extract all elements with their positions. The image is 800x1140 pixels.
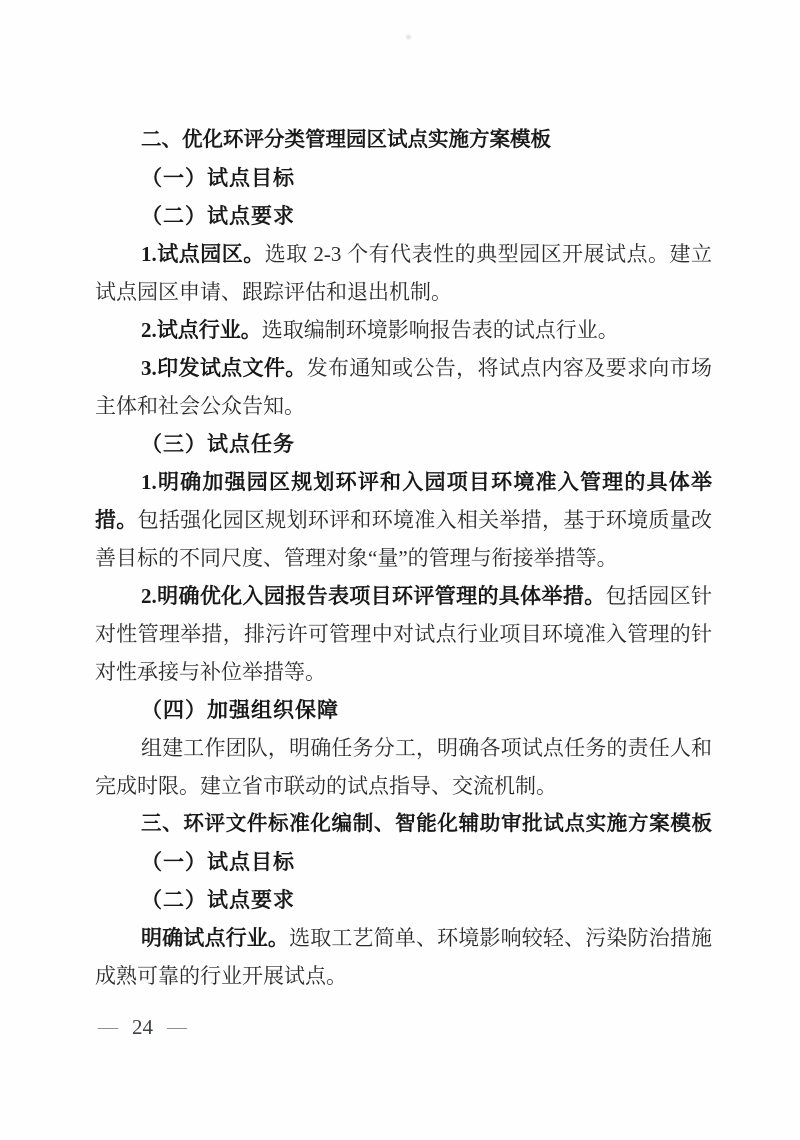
text-line: （一）试点目标 bbox=[95, 159, 712, 197]
text-run-bold: 3.印发试点文件。 bbox=[141, 356, 307, 380]
text-line: 2.试点行业。选取编制环境影响报告表的试点行业。 bbox=[95, 311, 712, 349]
text-run: 成熟可靠的行业开展试点。 bbox=[95, 964, 347, 988]
text-run: 包括园区针 bbox=[606, 584, 712, 608]
text-run-bold: 1.明确加强园区规划环评和入园项目环境准入管理的具体举 bbox=[141, 470, 712, 494]
text-run: 主体和社会公众告知。 bbox=[95, 394, 305, 418]
text-run: 完成时限。建立省市联动的试点指导、交流机制。 bbox=[95, 774, 557, 798]
text-line: 善目标的不同尺度、管理对象“量”的管理与衔接举措等。 bbox=[95, 539, 712, 577]
text-line: 措。包括强化园区规划环评和环境准入相关举措，基于环境质量改 bbox=[95, 501, 712, 539]
text-line: 主体和社会公众告知。 bbox=[95, 387, 712, 425]
text-line: 组建工作团队，明确任务分工，明确各项试点任务的责任人和 bbox=[95, 729, 712, 767]
text-run: 善目标的不同尺度、管理对象“量”的管理与衔接举措等。 bbox=[95, 546, 618, 570]
scan-artifact bbox=[406, 35, 411, 39]
text-run-bold: （一）试点目标 bbox=[141, 850, 295, 874]
document-page: 二、优化环评分类管理园区试点实施方案模板（一）试点目标（二）试点要求1.试点园区… bbox=[0, 0, 800, 1140]
text-run-bold: 1.试点园区。 bbox=[141, 242, 265, 266]
text-line: 二、优化环评分类管理园区试点实施方案模板 bbox=[95, 121, 712, 159]
text-line: （二）试点要求 bbox=[95, 881, 712, 919]
text-run: 组建工作团队，明确任务分工，明确各项试点任务的责任人和 bbox=[141, 736, 712, 760]
text-line: 对性承接与补位举措等。 bbox=[95, 653, 712, 691]
text-run: 对性管理举措，排污许可管理中对试点行业项目环境准入管理的针 bbox=[95, 622, 712, 646]
text-line: 3.印发试点文件。发布通知或公告，将试点内容及要求向市场 bbox=[95, 349, 712, 387]
text-run: 对性承接与补位举措等。 bbox=[95, 660, 326, 684]
text-line: 试点园区申请、跟踪评估和退出机制。 bbox=[95, 273, 712, 311]
text-run-bold: （三）试点任务 bbox=[141, 432, 295, 456]
footer-dash-right: — bbox=[167, 1012, 187, 1042]
text-run-bold: 二、优化环评分类管理园区试点实施方案模板 bbox=[141, 128, 551, 151]
text-line: 成熟可靠的行业开展试点。 bbox=[95, 957, 712, 995]
text-line: （四）加强组织保障 bbox=[95, 691, 712, 729]
page-footer: — 24 — bbox=[98, 1012, 187, 1042]
text-run-bold: （四）加强组织保障 bbox=[141, 698, 339, 722]
text-line: 2.明确优化入园报告表项目环评管理的具体举措。包括园区针 bbox=[95, 577, 712, 615]
text-run: 选取工艺简单、环境影响较轻、污染防治措施 bbox=[289, 926, 712, 950]
text-run-bold: （二）试点要求 bbox=[141, 204, 295, 228]
page-number: 24 bbox=[132, 1012, 153, 1042]
text-run-bold: （一）试点目标 bbox=[141, 166, 295, 190]
text-line: （三）试点任务 bbox=[95, 425, 712, 463]
footer-dash-left: — bbox=[98, 1012, 118, 1042]
text-line: 明确试点行业。选取工艺简单、环境影响较轻、污染防治措施 bbox=[95, 919, 712, 957]
text-line: 1.试点园区。选取 2-3 个有代表性的典型园区开展试点。建立 bbox=[95, 235, 712, 273]
text-line: 对性管理举措，排污许可管理中对试点行业项目环境准入管理的针 bbox=[95, 615, 712, 653]
text-run-bold: 措。 bbox=[95, 508, 138, 532]
text-run: 选取 2-3 个有代表性的典型园区开展试点。建立 bbox=[265, 242, 712, 266]
text-run-bold: 2.试点行业。 bbox=[141, 318, 262, 342]
text-run-bold: 三、环评文件标准化编制、智能化辅助审批试点实施方案模板 bbox=[141, 812, 712, 835]
text-run: 包括强化园区规划环评和环境准入相关举措，基于环境质量改 bbox=[138, 508, 712, 532]
text-line: 三、环评文件标准化编制、智能化辅助审批试点实施方案模板 bbox=[95, 805, 712, 843]
text-run-bold: 2.明确优化入园报告表项目环评管理的具体举措。 bbox=[141, 584, 606, 608]
text-run: 选取编制环境影响报告表的试点行业。 bbox=[262, 318, 619, 342]
text-run-bold: 明确试点行业。 bbox=[141, 926, 289, 950]
text-run: 发布通知或公告，将试点内容及要求向市场 bbox=[307, 356, 712, 380]
text-line: （二）试点要求 bbox=[95, 197, 712, 235]
text-line: 1.明确加强园区规划环评和入园项目环境准入管理的具体举 bbox=[95, 463, 712, 501]
text-run: 试点园区申请、跟踪评估和退出机制。 bbox=[95, 280, 452, 304]
text-line: 完成时限。建立省市联动的试点指导、交流机制。 bbox=[95, 767, 712, 805]
document-body: 二、优化环评分类管理园区试点实施方案模板（一）试点目标（二）试点要求1.试点园区… bbox=[95, 121, 712, 995]
text-line: （一）试点目标 bbox=[95, 843, 712, 881]
text-run-bold: （二）试点要求 bbox=[141, 888, 295, 912]
